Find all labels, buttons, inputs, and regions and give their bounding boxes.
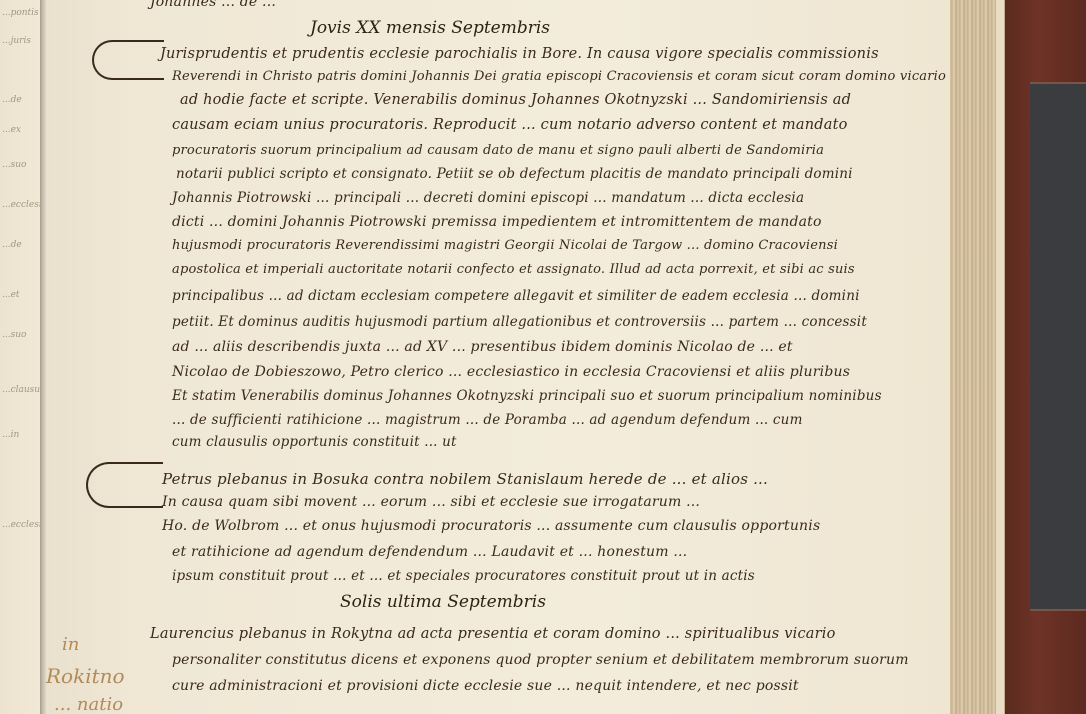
left-page-fragment: ...pontis xyxy=(2,8,39,18)
paragraph-flourish-icon xyxy=(86,462,163,508)
text-line: ... de sufficienti ratihicione ... magis… xyxy=(172,412,803,428)
margin-note: ... natio xyxy=(54,694,123,714)
left-page-fragment: ...clausulis xyxy=(2,385,40,395)
left-page-fragment: ...et xyxy=(2,290,20,300)
text-line: et ratihicione ad agendum defendendum ..… xyxy=(172,544,687,560)
text-line: Petrus plebanus in Bosuka contra nobilem… xyxy=(162,470,768,488)
left-page-fragment: ...in xyxy=(2,430,19,440)
page-edge-highlight xyxy=(996,0,1004,714)
text-line: In causa quam sibi movent ... eorum ... … xyxy=(162,494,700,510)
date-heading: Solis ultima Septembris xyxy=(340,592,546,612)
paragraph-flourish-icon xyxy=(92,40,164,80)
left-page-fragment: ...ecclesie xyxy=(2,520,40,530)
text-line: personaliter constitutus dicens et expon… xyxy=(172,652,909,668)
left-page-fragment: ...suo xyxy=(2,160,26,170)
text-line: Laurencius plebanus in Rokytna ad acta p… xyxy=(150,626,836,642)
text-line: dicti ... domini Johannis Piotrowski pre… xyxy=(172,214,822,230)
text-line: principalibus ... ad dictam ecclesiam co… xyxy=(172,288,860,304)
top-line-fragment: Johannes ... de ... xyxy=(150,0,276,10)
margin-note: Rokitno xyxy=(46,664,125,688)
left-page-fragment: ...juris xyxy=(2,36,31,46)
text-line: Nicolao de Dobieszowo, Petro clerico ...… xyxy=(172,364,850,380)
left-page-fragment: ...ecclesie xyxy=(2,200,40,210)
margin-note: in xyxy=(62,634,79,655)
text-line: Ho. de Wolbrom ... et onus hujusmodi pro… xyxy=(162,518,820,534)
text-line: hujusmodi procuratoris Reverendissimi ma… xyxy=(172,238,838,253)
text-line: apostolica et imperiali auctoritate nota… xyxy=(172,262,855,277)
text-line: ad ... aliis describendis juxta ... ad X… xyxy=(172,339,793,355)
text-line: cure administracioni et provisioni dicte… xyxy=(172,678,799,694)
text-line: ipsum constituit prout ... et ... et spe… xyxy=(172,568,755,584)
text-line: ad hodie facte et scripte. Venerabilis d… xyxy=(180,92,851,108)
left-page-edge: ...pontis ...juris ...de ...ex ...suo ..… xyxy=(0,0,40,714)
text-line: Et statim Venerabilis dominus Johannes O… xyxy=(172,388,882,404)
left-page-fragment: ...suo xyxy=(2,330,26,340)
text-line: petiit. Et dominus auditis hujusmodi par… xyxy=(172,314,867,330)
text-line: Jurisprudentis et prudentis ecclesie par… xyxy=(160,46,879,62)
binding-cloth xyxy=(1030,82,1086,611)
left-page-fragment: ...ex xyxy=(2,125,21,135)
left-page-fragment: ...de xyxy=(2,240,22,250)
left-page-fragment: ...de xyxy=(2,95,22,105)
text-line: causam eciam unius procuratoris. Reprodu… xyxy=(172,117,848,133)
text-line: Reverendi in Christo patris domini Johan… xyxy=(172,69,946,84)
text-line: procuratoris suorum principalium ad caus… xyxy=(172,143,824,158)
text-line: Johannis Piotrowski ... principali ... d… xyxy=(172,190,804,206)
date-heading: Jovis XX mensis Septembris xyxy=(310,18,550,38)
text-line: cum clausulis opportunis constituit ... … xyxy=(172,434,457,450)
text-line: notarii publici scripto et consignato. P… xyxy=(176,166,853,182)
